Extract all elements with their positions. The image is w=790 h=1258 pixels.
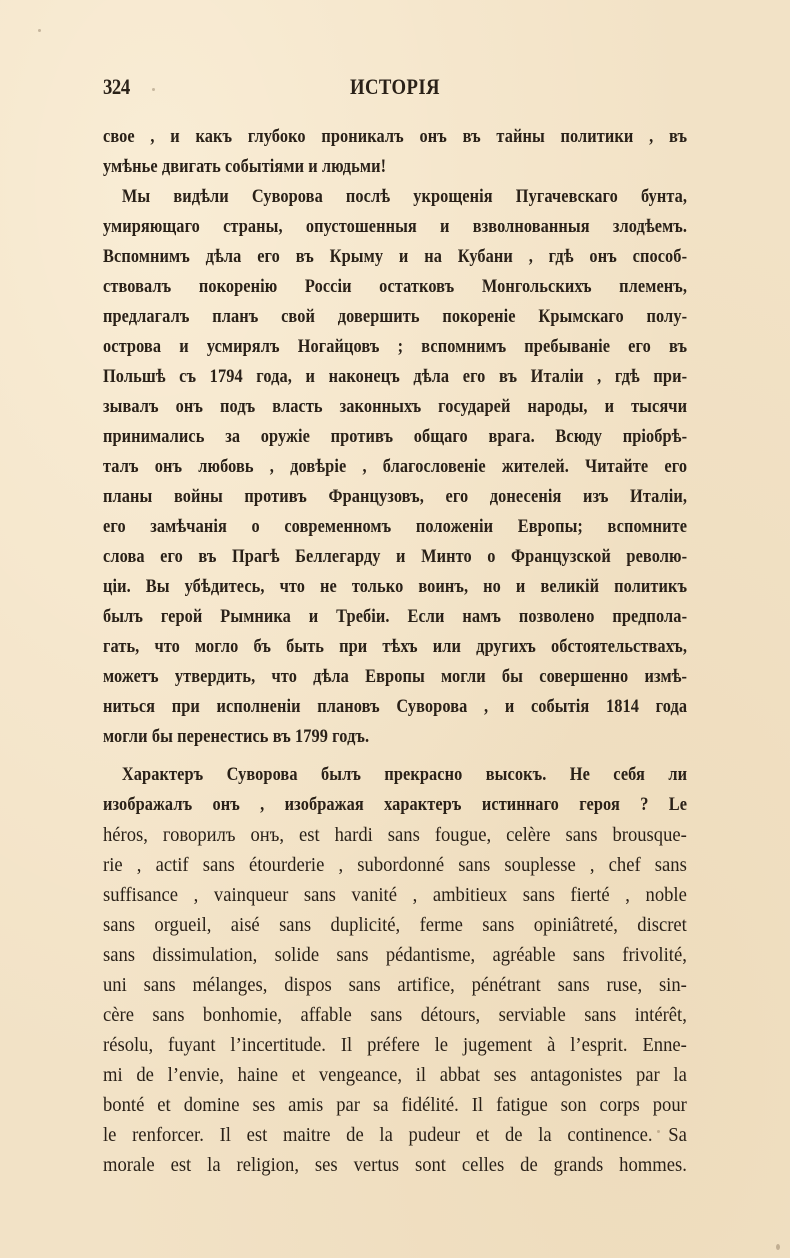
text-line: былъ герой Рымника и Требіи. Если намъ п…: [103, 602, 687, 632]
text-line: rie , actif sans étourderie , subordonné…: [103, 850, 687, 880]
text-line: ниться при исполненіи плановъ Суворова ,…: [103, 692, 687, 722]
text-line: принимались за оружіе противъ общаго вра…: [103, 422, 687, 452]
text-line: планы войны противъ Французовъ, его доне…: [103, 482, 687, 512]
text-line: héros, говорилъ онъ, est hardi sans foug…: [103, 820, 687, 850]
text-line: cère sans bonhomie, affable sans détours…: [103, 1000, 687, 1030]
text-line: свое , и какъ глубоко проникалъ онъ въ т…: [103, 122, 687, 152]
text-line: le renforcer. Il est maitre de la pudeur…: [103, 1120, 687, 1150]
text-line: Мы видѣли Суворова послѣ укрощенія Пугач…: [103, 182, 687, 212]
text-line: mi de l’envie, haine et vengeance, il ab…: [103, 1060, 687, 1090]
body-text: свое , и какъ глубоко проникалъ онъ въ т…: [103, 122, 687, 1180]
text-line: sans orgueil, aisé sans duplicité, ferme…: [103, 910, 687, 940]
book-page: 324 ИСТОРІЯ свое , и какъ глубоко проник…: [103, 70, 687, 1180]
paragraph: Мы видѣли Суворова послѣ укрощенія Пугач…: [103, 182, 687, 752]
text-line: uni sans mélanges, dispos sans artifice,…: [103, 970, 687, 1000]
text-line: умиряющаго страны, опустошенныя и взволн…: [103, 212, 687, 242]
paper-speck: [776, 1244, 780, 1250]
text-line: ціи. Вы убѣдитесь, что не только воинъ, …: [103, 572, 687, 602]
running-title: ИСТОРІЯ: [147, 74, 643, 100]
text-line: могли бы перенестись въ 1799 годъ.: [103, 722, 687, 752]
paper-speck: [38, 29, 41, 32]
text-line: можетъ утвердить, что дѣла Европы могли …: [103, 662, 687, 692]
paragraph: свое , и какъ глубоко проникалъ онъ въ т…: [103, 122, 687, 182]
text-line: зывалъ онъ подъ власть законныхъ государ…: [103, 392, 687, 422]
text-line: suffisance , vainqueur sans vanité , amb…: [103, 880, 687, 910]
text-line: гать, что могло бъ быть при тѣхъ или дру…: [103, 632, 687, 662]
paragraph: Характеръ Суворова былъ прекрасно высокъ…: [103, 760, 687, 1180]
paragraph-gap: [103, 752, 687, 760]
text-line: острова и усмирялъ Ногайцовъ ; вспомнимъ…: [103, 332, 687, 362]
text-line: изображалъ онъ , изображая характеръ ист…: [103, 790, 687, 820]
text-line: талъ онъ любовь , довѣріе , благословені…: [103, 452, 687, 482]
text-line: ствовалъ покоренію Россіи остатковъ Монг…: [103, 272, 687, 302]
text-line: Вспомнимъ дѣла его въ Крыму и на Кубани …: [103, 242, 687, 272]
text-line: умѣнье двигать событіями и людьми!: [103, 152, 687, 182]
text-line: résolu, fuyant l’incertitude. Il préfere…: [103, 1030, 687, 1060]
text-line: bonté et domine ses amis par sa fidélité…: [103, 1090, 687, 1120]
page-number: 324: [103, 74, 130, 100]
text-line: sans dissimulation, solide sans pédantis…: [103, 940, 687, 970]
text-line: Польшѣ съ 1794 года, и наконецъ дѣла его…: [103, 362, 687, 392]
text-line: morale est la religion, ses vertus sont …: [103, 1150, 687, 1180]
text-line: его замѣчанія о современномъ положеніи Е…: [103, 512, 687, 542]
running-head: 324 ИСТОРІЯ: [103, 70, 687, 110]
text-line: слова его въ Прагѣ Беллегарду и Минто о …: [103, 542, 687, 572]
text-line: Характеръ Суворова былъ прекрасно высокъ…: [103, 760, 687, 790]
text-line: предлагалъ планъ свой довершить покорені…: [103, 302, 687, 332]
